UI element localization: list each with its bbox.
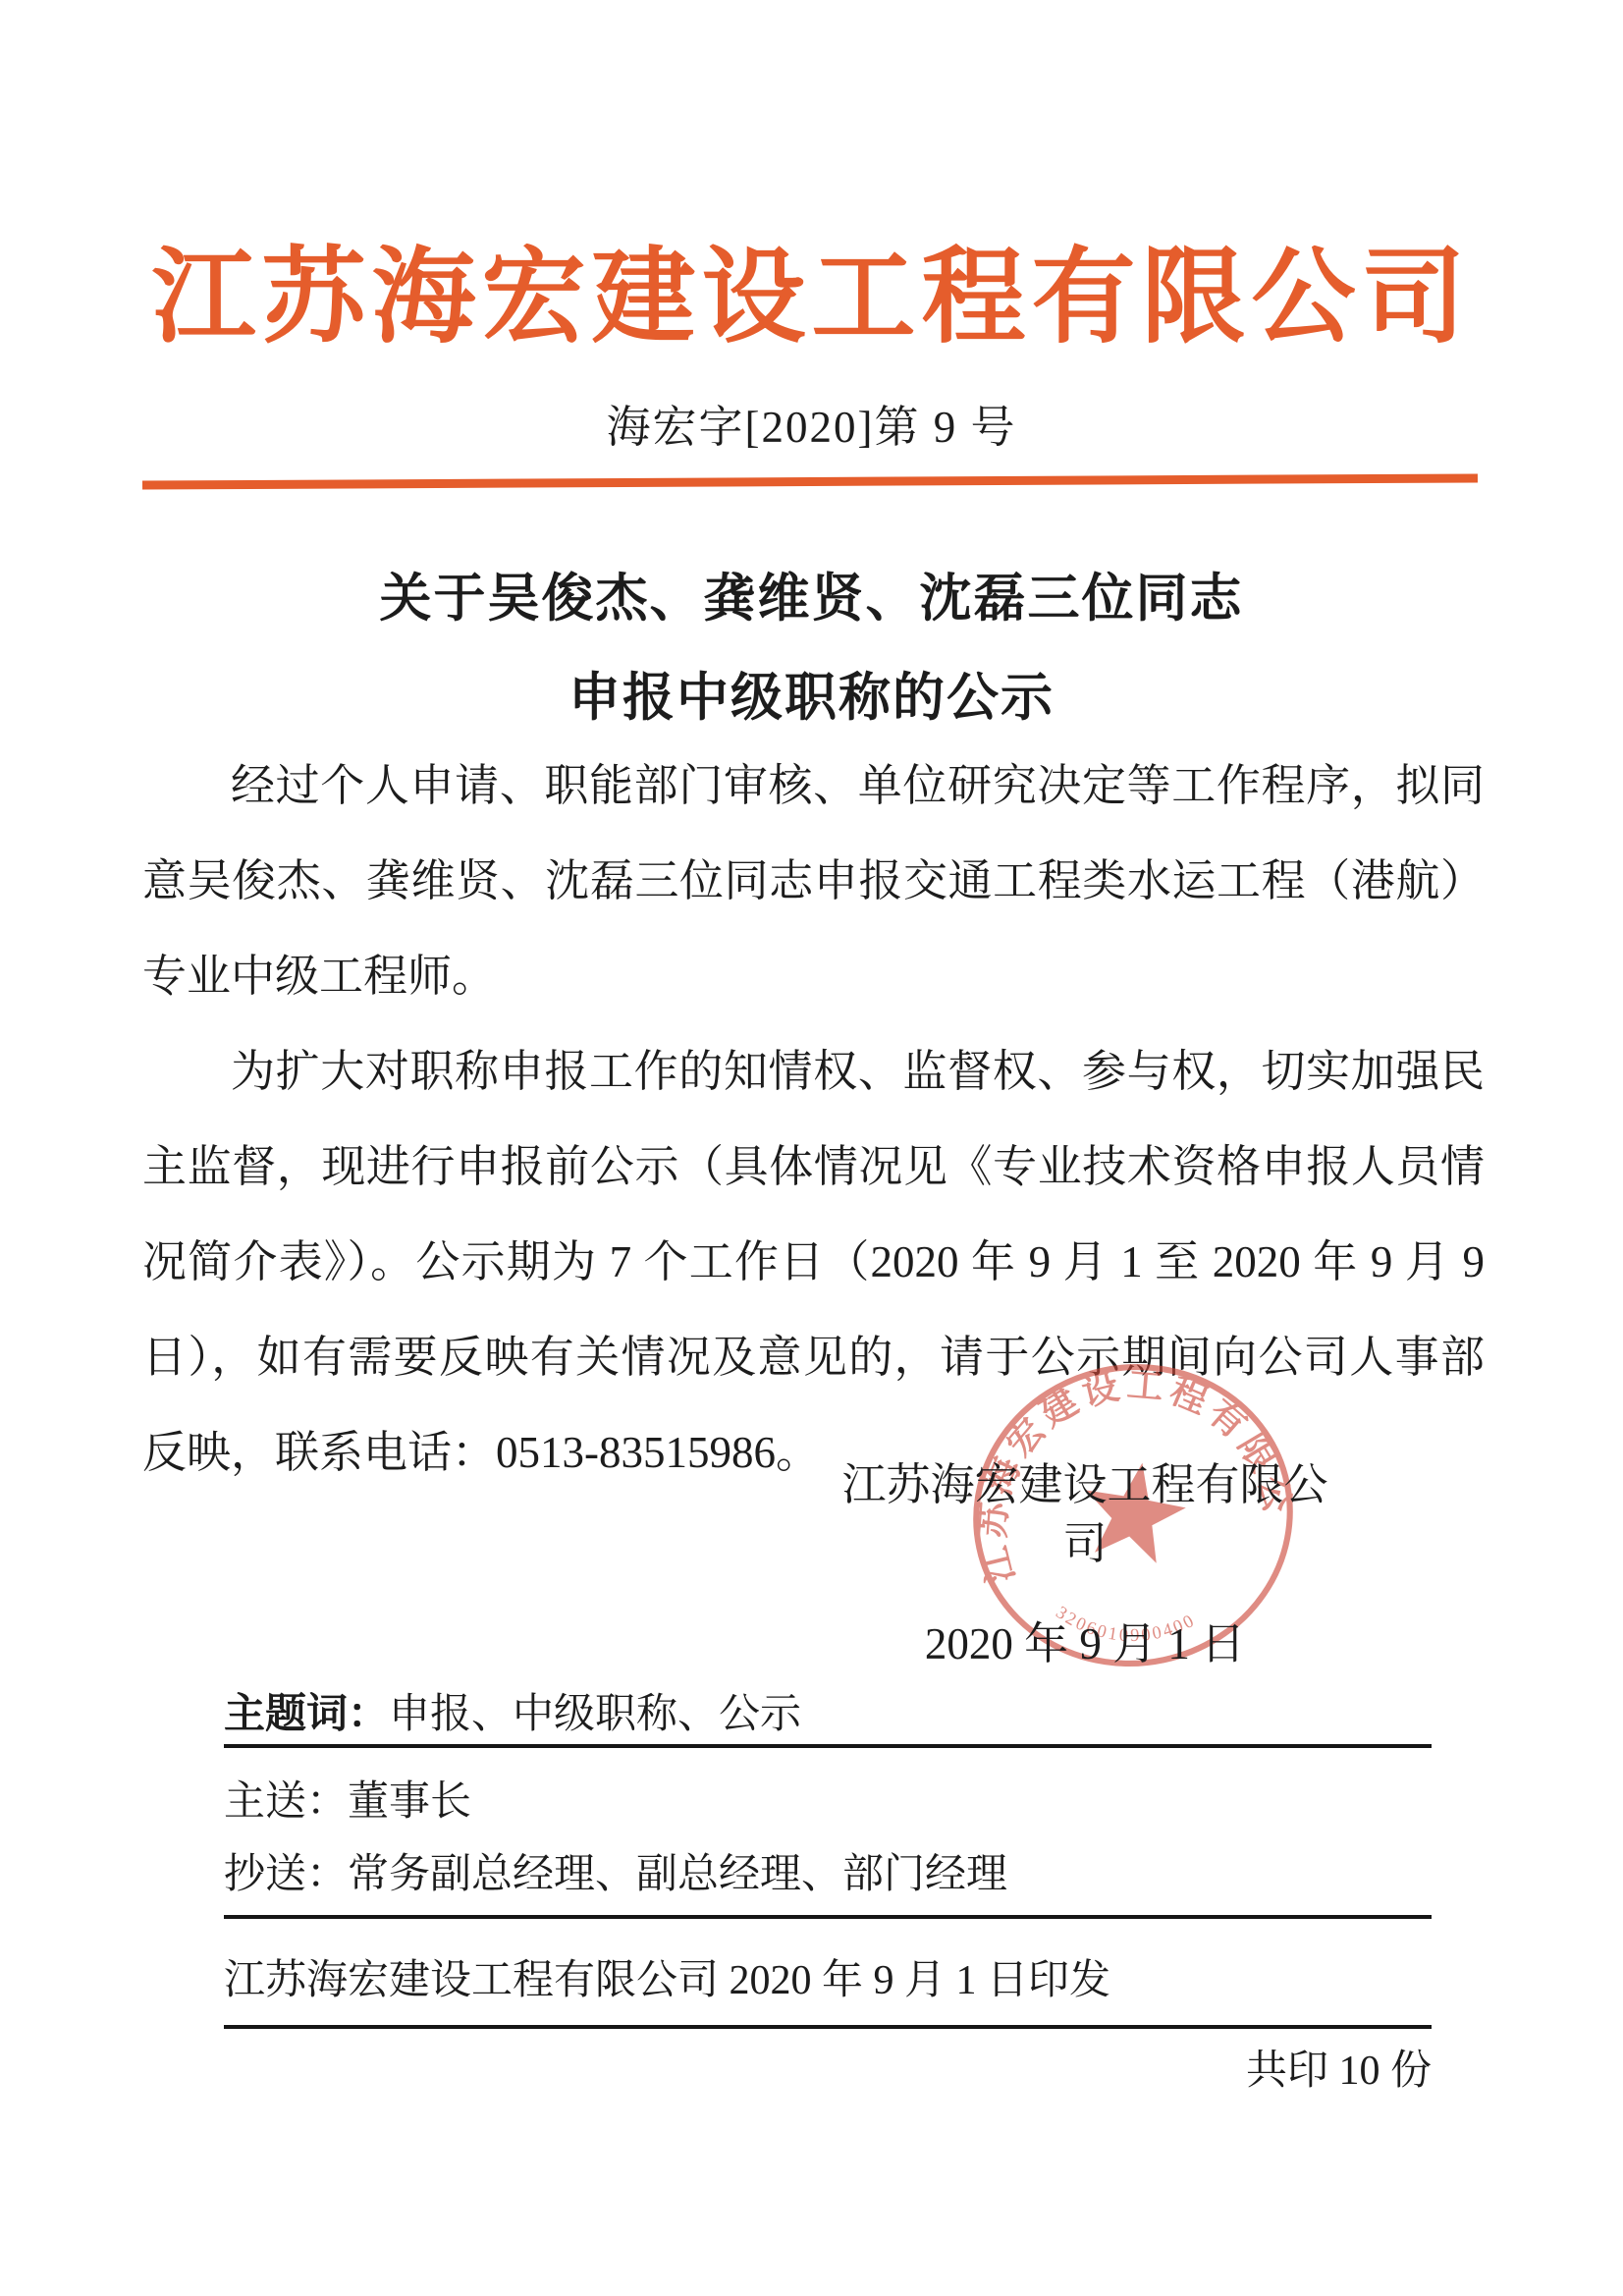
body-paragraph: 经过个人申请、职能部门审核、单位研究决定等工作程序，拟同意吴俊杰、龚维贤、沈磊三… bbox=[142, 738, 1485, 1024]
signature-company: 江苏海宏建设工程有限公司 bbox=[823, 1455, 1347, 1573]
signature-block: 江苏海宏建设工程有限公司 2020 年 9 月 1 日 bbox=[823, 1455, 1347, 1673]
issue-line: 江苏海宏建设工程有限公司 2020 年 9 月 1 日印发 bbox=[224, 1952, 1432, 2009]
main-send-line: 主送：董事长 bbox=[224, 1774, 1432, 1831]
main-send-label: 主送： bbox=[224, 1779, 348, 1825]
cc-label: 抄送： bbox=[224, 1852, 348, 1897]
keywords-line: 主题词：申报、中级职称、公示 bbox=[224, 1685, 1432, 1743]
divider bbox=[224, 1915, 1432, 1919]
doc-title-line1: 关于吴俊杰、龚维贤、沈磊三位同志 bbox=[0, 550, 1623, 649]
doc-title-line2: 申报中级职称的公示 bbox=[0, 649, 1623, 748]
divider bbox=[224, 2025, 1432, 2029]
doc-title: 关于吴俊杰、龚维贤、沈磊三位同志 申报中级职称的公示 bbox=[0, 550, 1623, 748]
divider bbox=[224, 1744, 1432, 1748]
doc-number: 海宏字[2020]第 9 号 bbox=[0, 391, 1623, 455]
letterhead-title: 江苏海宏建设工程有限公司 bbox=[0, 214, 1623, 363]
cc-value: 常务副总经理、副总经理、部门经理 bbox=[348, 1852, 1007, 1897]
copies-count: 共印 10 份 bbox=[224, 2043, 1432, 2100]
document-page: 江苏海宏建设工程有限公司 海宏字[2020]第 9 号 关于吴俊杰、龚维贤、沈磊… bbox=[0, 0, 1623, 2296]
signature-date: 2020 年 9 月 1 日 bbox=[823, 1614, 1347, 1673]
main-send-value: 董事长 bbox=[348, 1779, 471, 1825]
letterhead-divider bbox=[142, 473, 1478, 489]
keywords-value: 申报、中级职称、公示 bbox=[389, 1692, 801, 1737]
keywords-label: 主题词： bbox=[224, 1690, 389, 1736]
cc-line: 抄送：常务副总经理、副总经理、部门经理 bbox=[224, 1846, 1432, 1903]
